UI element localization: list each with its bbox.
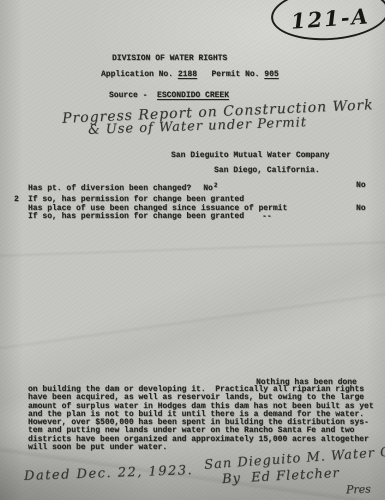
source-value: ESCONDIDO CREEK — [157, 91, 229, 100]
signature-title: Pres — [346, 483, 371, 497]
source-label: Source - — [109, 91, 147, 100]
paragraph-body: on building the dam or developing it. Pr… — [28, 386, 374, 452]
page-number-circle: 121-A — [269, 0, 385, 44]
page-number-label: 121-A — [290, 3, 370, 33]
application-permit-line: Application No. 2188 Permit No. 905 — [101, 70, 279, 79]
question-1-right-answer: No — [356, 181, 366, 190]
question-1-footnote-mark: 2 — [214, 182, 218, 189]
source-line: Source - ESCONDIDO CREEK — [109, 91, 229, 100]
question-4-text: If so, has permission for change been gr… — [28, 212, 244, 221]
question-1-text: Has pt. of diversion been changed? — [28, 184, 191, 193]
permit-label: Permit No. — [211, 70, 259, 79]
company-name: San Dieguito Mutual Water Company — [171, 151, 329, 160]
company-location: San Diego, California. — [214, 166, 320, 175]
question-2-number: 2 — [14, 195, 19, 204]
question-2-text: If so, has permission for change been gr… — [28, 195, 244, 204]
question-row-2: 2If so, has permission for change been g… — [0, 195, 385, 204]
permit-number: 905 — [264, 70, 278, 79]
application-number: 2188 — [178, 70, 197, 79]
question-row-4: If so, has permission for change been gr… — [0, 212, 385, 221]
application-label: Application No. — [101, 70, 173, 79]
document-page: 121-A DIVISION OF WATER RIGHTS Applicati… — [0, 0, 385, 500]
document-title: DIVISION OF WATER RIGHTS — [112, 54, 227, 63]
handwritten-date: Dated Dec. 22, 1923. — [24, 463, 194, 484]
question-1-answer: No — [203, 184, 213, 193]
question-4-answer: -- — [262, 212, 272, 221]
question-row-1: Has pt. of diversion been changed?No2No — [0, 181, 385, 193]
